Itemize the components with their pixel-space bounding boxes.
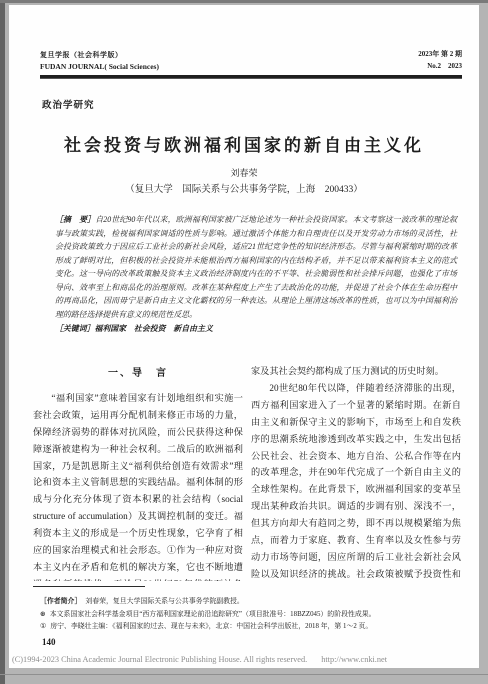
author-bio-label: ［作者简介］ (40, 598, 81, 605)
funding-text: 本文系国家社会科学基金项目“西方福利国家理论前沿追踪研究”（项目批准号：18BZ… (50, 611, 376, 618)
keywords-text: 福利国家 社会投资 新自由主义 (94, 324, 212, 333)
journal-name-block: 复旦学报（社会科学版） FUDAN JOURNAL( Social Scienc… (40, 50, 159, 71)
footnote-divider (33, 586, 145, 587)
copyright-text: (C)1994-2023 China Academic Journal Elec… (12, 655, 307, 664)
journal-name-en: FUDAN JOURNAL( Social Sciences) (40, 62, 159, 71)
page-number: 140 (42, 637, 56, 647)
copyright-url: http://www.cnki.net (321, 655, 387, 664)
article-title: 社会投资与欧洲福利国家的新自由主义化 (9, 131, 479, 156)
footnote-funding: ⊛本文系国家社会科学基金项目“西方福利国家理论前沿追踪研究”（项目批准号：18B… (40, 609, 462, 621)
body-columns: 一、导 言 “福利国家”意味着国家有计划地组织和实施一套社会政策，运用再分配机制… (33, 363, 461, 581)
journal-issue-no: No.2 2023 (418, 61, 462, 71)
journal-header: 复旦学报（社会科学版） FUDAN JOURNAL( Social Scienc… (40, 49, 462, 71)
copyright-line: (C)1994-2023 China Academic Journal Elec… (12, 655, 476, 664)
header-rule (40, 75, 462, 79)
body-paragraph: 家及其社会契约都构成了压力测试的历史时刻。 (251, 363, 461, 380)
abstract-label: ［摘 要］ (55, 215, 95, 224)
footnote-author-bio: ［作者简介］刘春荣，复旦大学国际关系与公共事务学院副教授。 (40, 596, 462, 608)
body-column-right: 家及其社会契约都构成了压力测试的历史时刻。 20世纪80年代以降，伴随着经济滞胀… (251, 363, 461, 581)
body-paragraph: “福利国家”意味着国家有计划地组织和实施一套社会政策，运用再分配机制来修正市场的… (33, 390, 243, 581)
scan-edge-bottom (0, 674, 488, 675)
article-affiliation: （复旦大学 国际关系与公共事务学院，上海 200433） (9, 181, 479, 195)
scan-edge-left (0, 0, 5, 684)
scan-background: 复旦学报（社会科学版） FUDAN JOURNAL( Social Scienc… (0, 0, 488, 684)
body-column-left: 一、导 言 “福利国家”意味着国家有计划地组织和实施一套社会政策，运用再分配机制… (33, 363, 243, 581)
author-bio-text: 刘春荣，复旦大学国际关系与公共事务学院副教授。 (85, 598, 243, 605)
journal-issue-block: 2023年 第 2 期 No.2 2023 (418, 49, 462, 71)
scan-edge-top (0, 0, 488, 3)
funding-symbol-icon: ⊛ (40, 611, 46, 618)
footnote-reference-1: ①房宁、李晓壮主编：《福利国家的过去、现在与未来》，北京：中国社会科学出版社，2… (40, 621, 462, 633)
abstract-block: ［摘 要］自20世纪90年代以来，欧洲福利国家被广泛地论述为一种社会投资国家。本… (55, 213, 457, 336)
section-heading: 一、导 言 (33, 366, 243, 383)
body-paragraph: 20世纪80年代以降，伴随着经济滞胀的出现，西方福利国家进入了一个显著的紧缩时期… (251, 380, 461, 581)
footnote-1-text: 房宁、李晓壮主编：《福利国家的过去、现在与未来》，北京：中国社会科学出版社，20… (50, 623, 372, 630)
journal-issue-cn: 2023年 第 2 期 (418, 49, 462, 59)
article-author: 刘春荣 (9, 166, 479, 179)
abstract-text: 自20世纪90年代以来，欧洲福利国家被广泛地论述为一种社会投资国家。本文考察这一… (55, 215, 457, 319)
journal-name-cn: 复旦学报（社会科学版） (40, 50, 159, 60)
abstract-paragraph: ［摘 要］自20世纪90年代以来，欧洲福利国家被广泛地论述为一种社会投资国家。本… (55, 213, 457, 321)
paper-page: 复旦学报（社会科学版） FUDAN JOURNAL( Social Scienc… (9, 5, 479, 668)
keywords-label: ［关键词］ (55, 324, 94, 333)
footnotes: ［作者简介］刘春荣，复旦大学国际关系与公共事务学院副教授。 ⊛本文系国家社会科学… (40, 596, 462, 634)
keywords-line: ［关键词］福利国家 社会投资 新自由主义 (55, 322, 457, 336)
section-label: 政治学研究 (42, 97, 95, 111)
footnote-1-symbol: ① (40, 623, 46, 630)
